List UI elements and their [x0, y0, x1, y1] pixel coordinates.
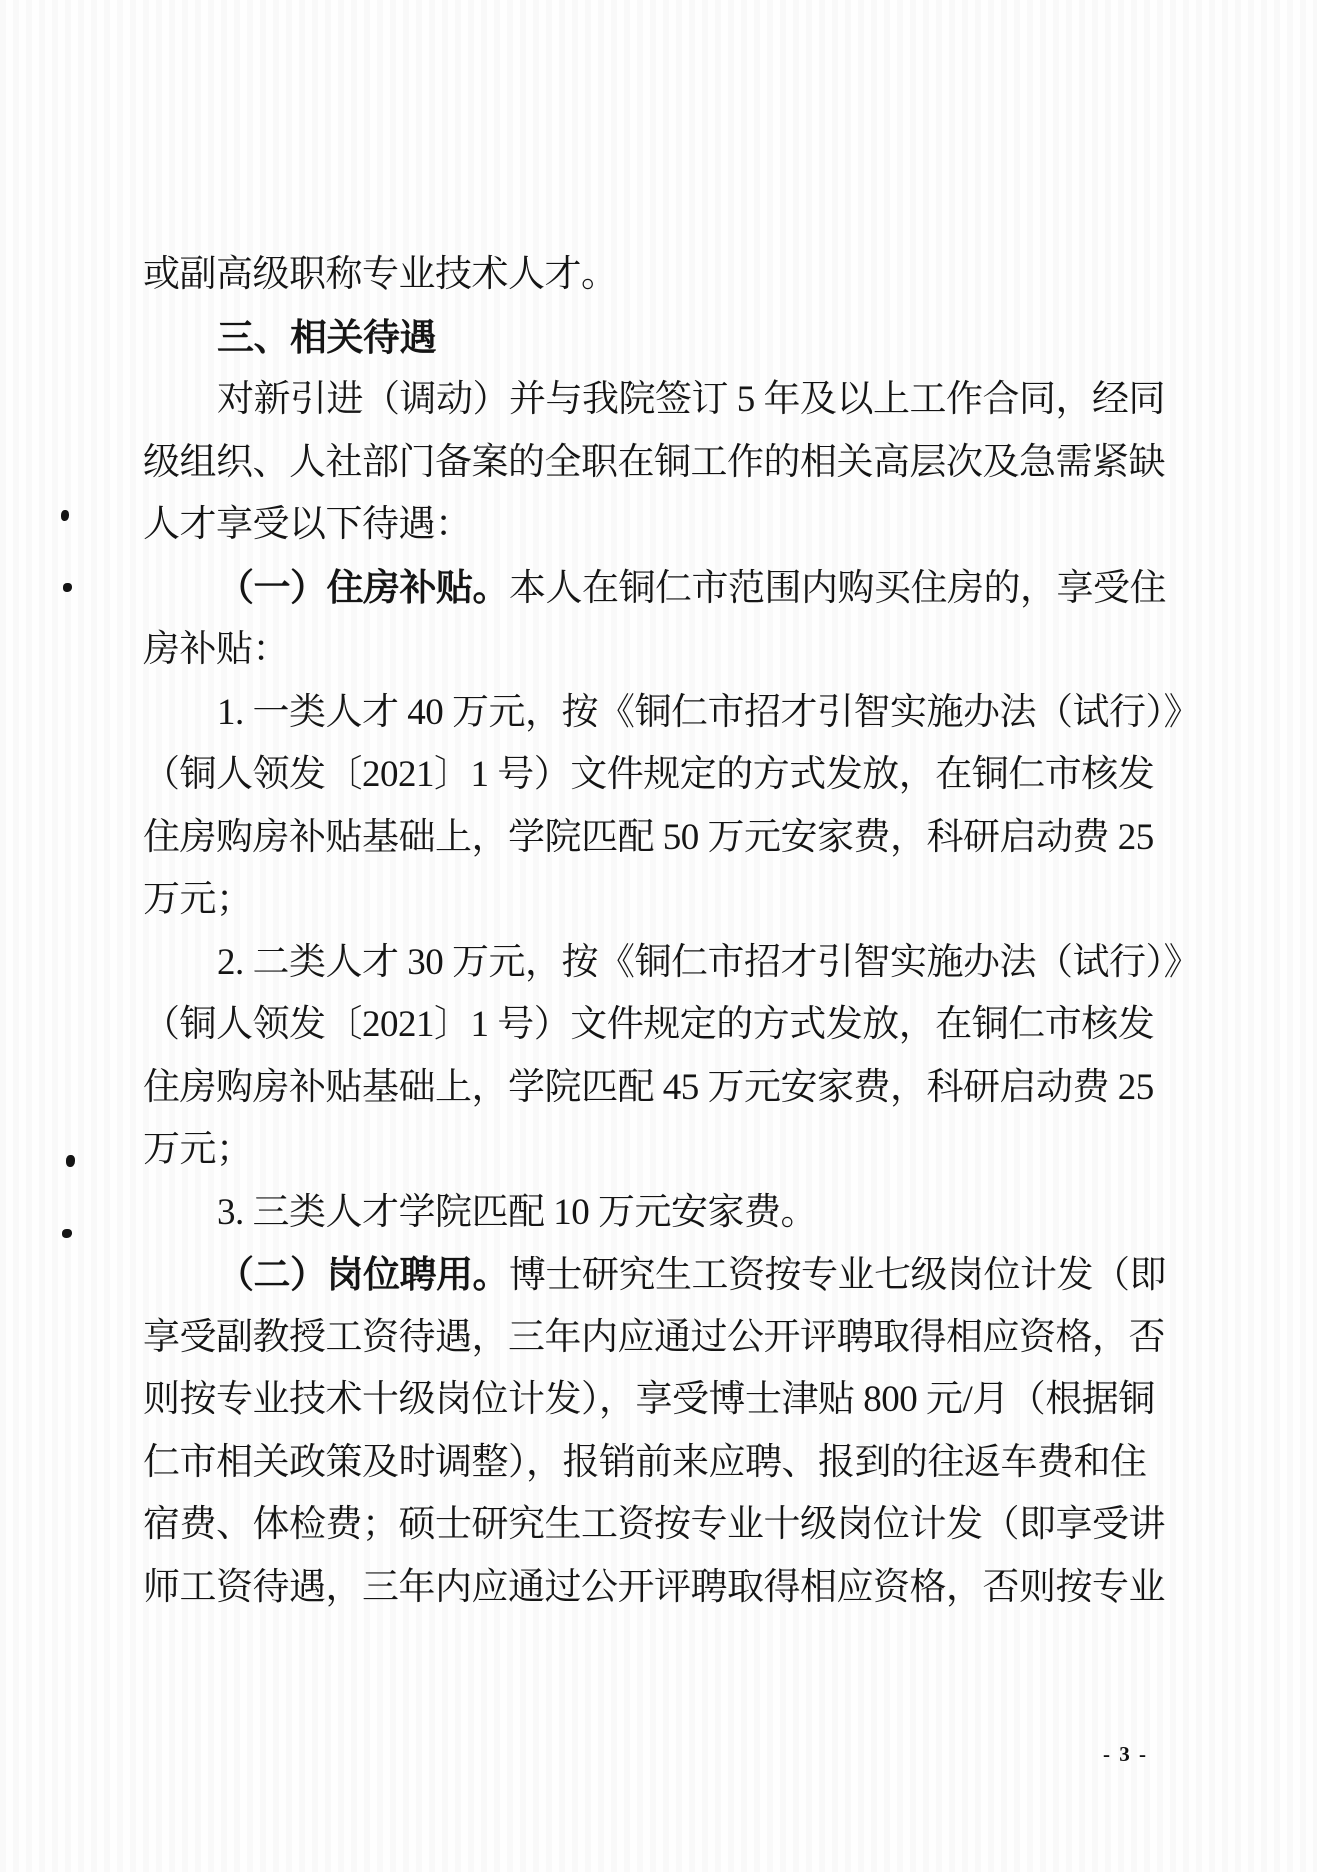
bold-text-segment: （一）住房补贴。 — [217, 567, 509, 608]
ink-speck — [63, 583, 72, 592]
text-segment: 宿费、体检费；硕士研究生工资按专业十级岗位计发（即享受讲 — [143, 1504, 1165, 1545]
text-line: （铜人领发〔2021〕1 号）文件规定的方式发放，在铜仁市核发 — [143, 744, 1173, 807]
text-segment: （铜人领发〔2021〕1 号）文件规定的方式发放，在铜仁市核发 — [143, 754, 1154, 795]
text-line: 仁市相关政策及时调整），报销前来应聘、报到的往返车费和住 — [143, 1432, 1173, 1495]
text-line: （二）岗位聘用。博士研究生工资按专业七级岗位计发（即 — [143, 1244, 1173, 1307]
text-line: 享受副教授工资待遇，三年内应通过公开评聘取得相应资格，否 — [143, 1307, 1173, 1370]
text-line: 万元； — [143, 869, 1173, 932]
text-segment: 博士研究生工资按专业七级岗位计发（即 — [509, 1255, 1166, 1296]
text-segment: （铜人领发〔2021〕1 号）文件规定的方式发放，在铜仁市核发 — [143, 1004, 1154, 1045]
text-line: 房补贴： — [143, 619, 1173, 682]
section-heading: 三、相关待遇 — [143, 307, 1173, 370]
document-text-block: 或副高级职称专业技术人才。三、相关待遇对新引进（调动）并与我院签订 5 年及以上… — [143, 244, 1173, 1619]
text-segment: 2. 二类人才 30 万元，按《铜仁市招才引智实施办法（试行）》 — [217, 942, 1200, 983]
text-segment: 则按专业技术十级岗位计发），享受博士津贴 800 元/月（根据铜 — [143, 1379, 1155, 1420]
ink-speck — [62, 1229, 72, 1238]
text-segment: 3. 三类人才学院匹配 10 万元安家费。 — [217, 1192, 817, 1233]
text-line: 人才享受以下待遇： — [143, 494, 1173, 557]
text-segment: 级组织、人社部门备案的全职在铜工作的相关高层次及急需紧缺 — [143, 442, 1165, 483]
text-segment: 房补贴： — [143, 629, 289, 670]
text-line: 3. 三类人才学院匹配 10 万元安家费。 — [143, 1182, 1173, 1245]
page-number: - 3 - — [1103, 1742, 1148, 1767]
text-segment: 住房购房补贴基础上，学院匹配 45 万元安家费，科研启动费 25 — [143, 1067, 1154, 1108]
text-line: 或副高级职称专业技术人才。 — [143, 244, 1173, 307]
text-segment: 万元； — [143, 879, 253, 920]
ink-speck — [61, 510, 69, 521]
text-segment: 1. 一类人才 40 万元，按《铜仁市招才引智实施办法（试行）》 — [217, 692, 1200, 733]
text-line: 住房购房补贴基础上，学院匹配 50 万元安家费，科研启动费 25 — [143, 807, 1173, 870]
text-line: 万元； — [143, 1119, 1173, 1182]
text-segment: 住房购房补贴基础上，学院匹配 50 万元安家费，科研启动费 25 — [143, 817, 1154, 858]
text-segment: 本人在铜仁市范围内购买住房的，享受住 — [509, 568, 1166, 609]
bold-text-segment: 三、相关待遇 — [217, 317, 436, 358]
ink-speck — [66, 1155, 75, 1167]
text-segment: 享受副教授工资待遇，三年内应通过公开评聘取得相应资格，否 — [143, 1317, 1165, 1358]
text-segment: 万元； — [143, 1129, 253, 1170]
text-line: 1. 一类人才 40 万元，按《铜仁市招才引智实施办法（试行）》 — [143, 682, 1173, 745]
text-line: （铜人领发〔2021〕1 号）文件规定的方式发放，在铜仁市核发 — [143, 994, 1173, 1057]
text-segment: 师工资待遇，三年内应通过公开评聘取得相应资格，否则按专业 — [143, 1567, 1165, 1608]
text-line: （一）住房补贴。本人在铜仁市范围内购买住房的，享受住 — [143, 557, 1173, 620]
text-line: 对新引进（调动）并与我院签订 5 年及以上工作合同，经同 — [143, 369, 1173, 432]
text-line: 则按专业技术十级岗位计发），享受博士津贴 800 元/月（根据铜 — [143, 1369, 1173, 1432]
text-segment: 人才享受以下待遇： — [143, 504, 472, 545]
text-line: 住房购房补贴基础上，学院匹配 45 万元安家费，科研启动费 25 — [143, 1057, 1173, 1120]
text-segment: 对新引进（调动）并与我院签订 5 年及以上工作合同，经同 — [217, 379, 1165, 420]
text-line: 级组织、人社部门备案的全职在铜工作的相关高层次及急需紧缺 — [143, 432, 1173, 495]
text-line: 2. 二类人才 30 万元，按《铜仁市招才引智实施办法（试行）》 — [143, 932, 1173, 995]
document-page: 或副高级职称专业技术人才。三、相关待遇对新引进（调动）并与我院签订 5 年及以上… — [0, 0, 1317, 1872]
text-segment: 或副高级职称专业技术人才。 — [143, 254, 618, 295]
text-line: 师工资待遇，三年内应通过公开评聘取得相应资格，否则按专业 — [143, 1557, 1173, 1620]
text-line: 宿费、体检费；硕士研究生工资按专业十级岗位计发（即享受讲 — [143, 1494, 1173, 1557]
bold-text-segment: （二）岗位聘用。 — [217, 1254, 509, 1295]
text-segment: 仁市相关政策及时调整），报销前来应聘、报到的往返车费和住 — [143, 1442, 1147, 1483]
